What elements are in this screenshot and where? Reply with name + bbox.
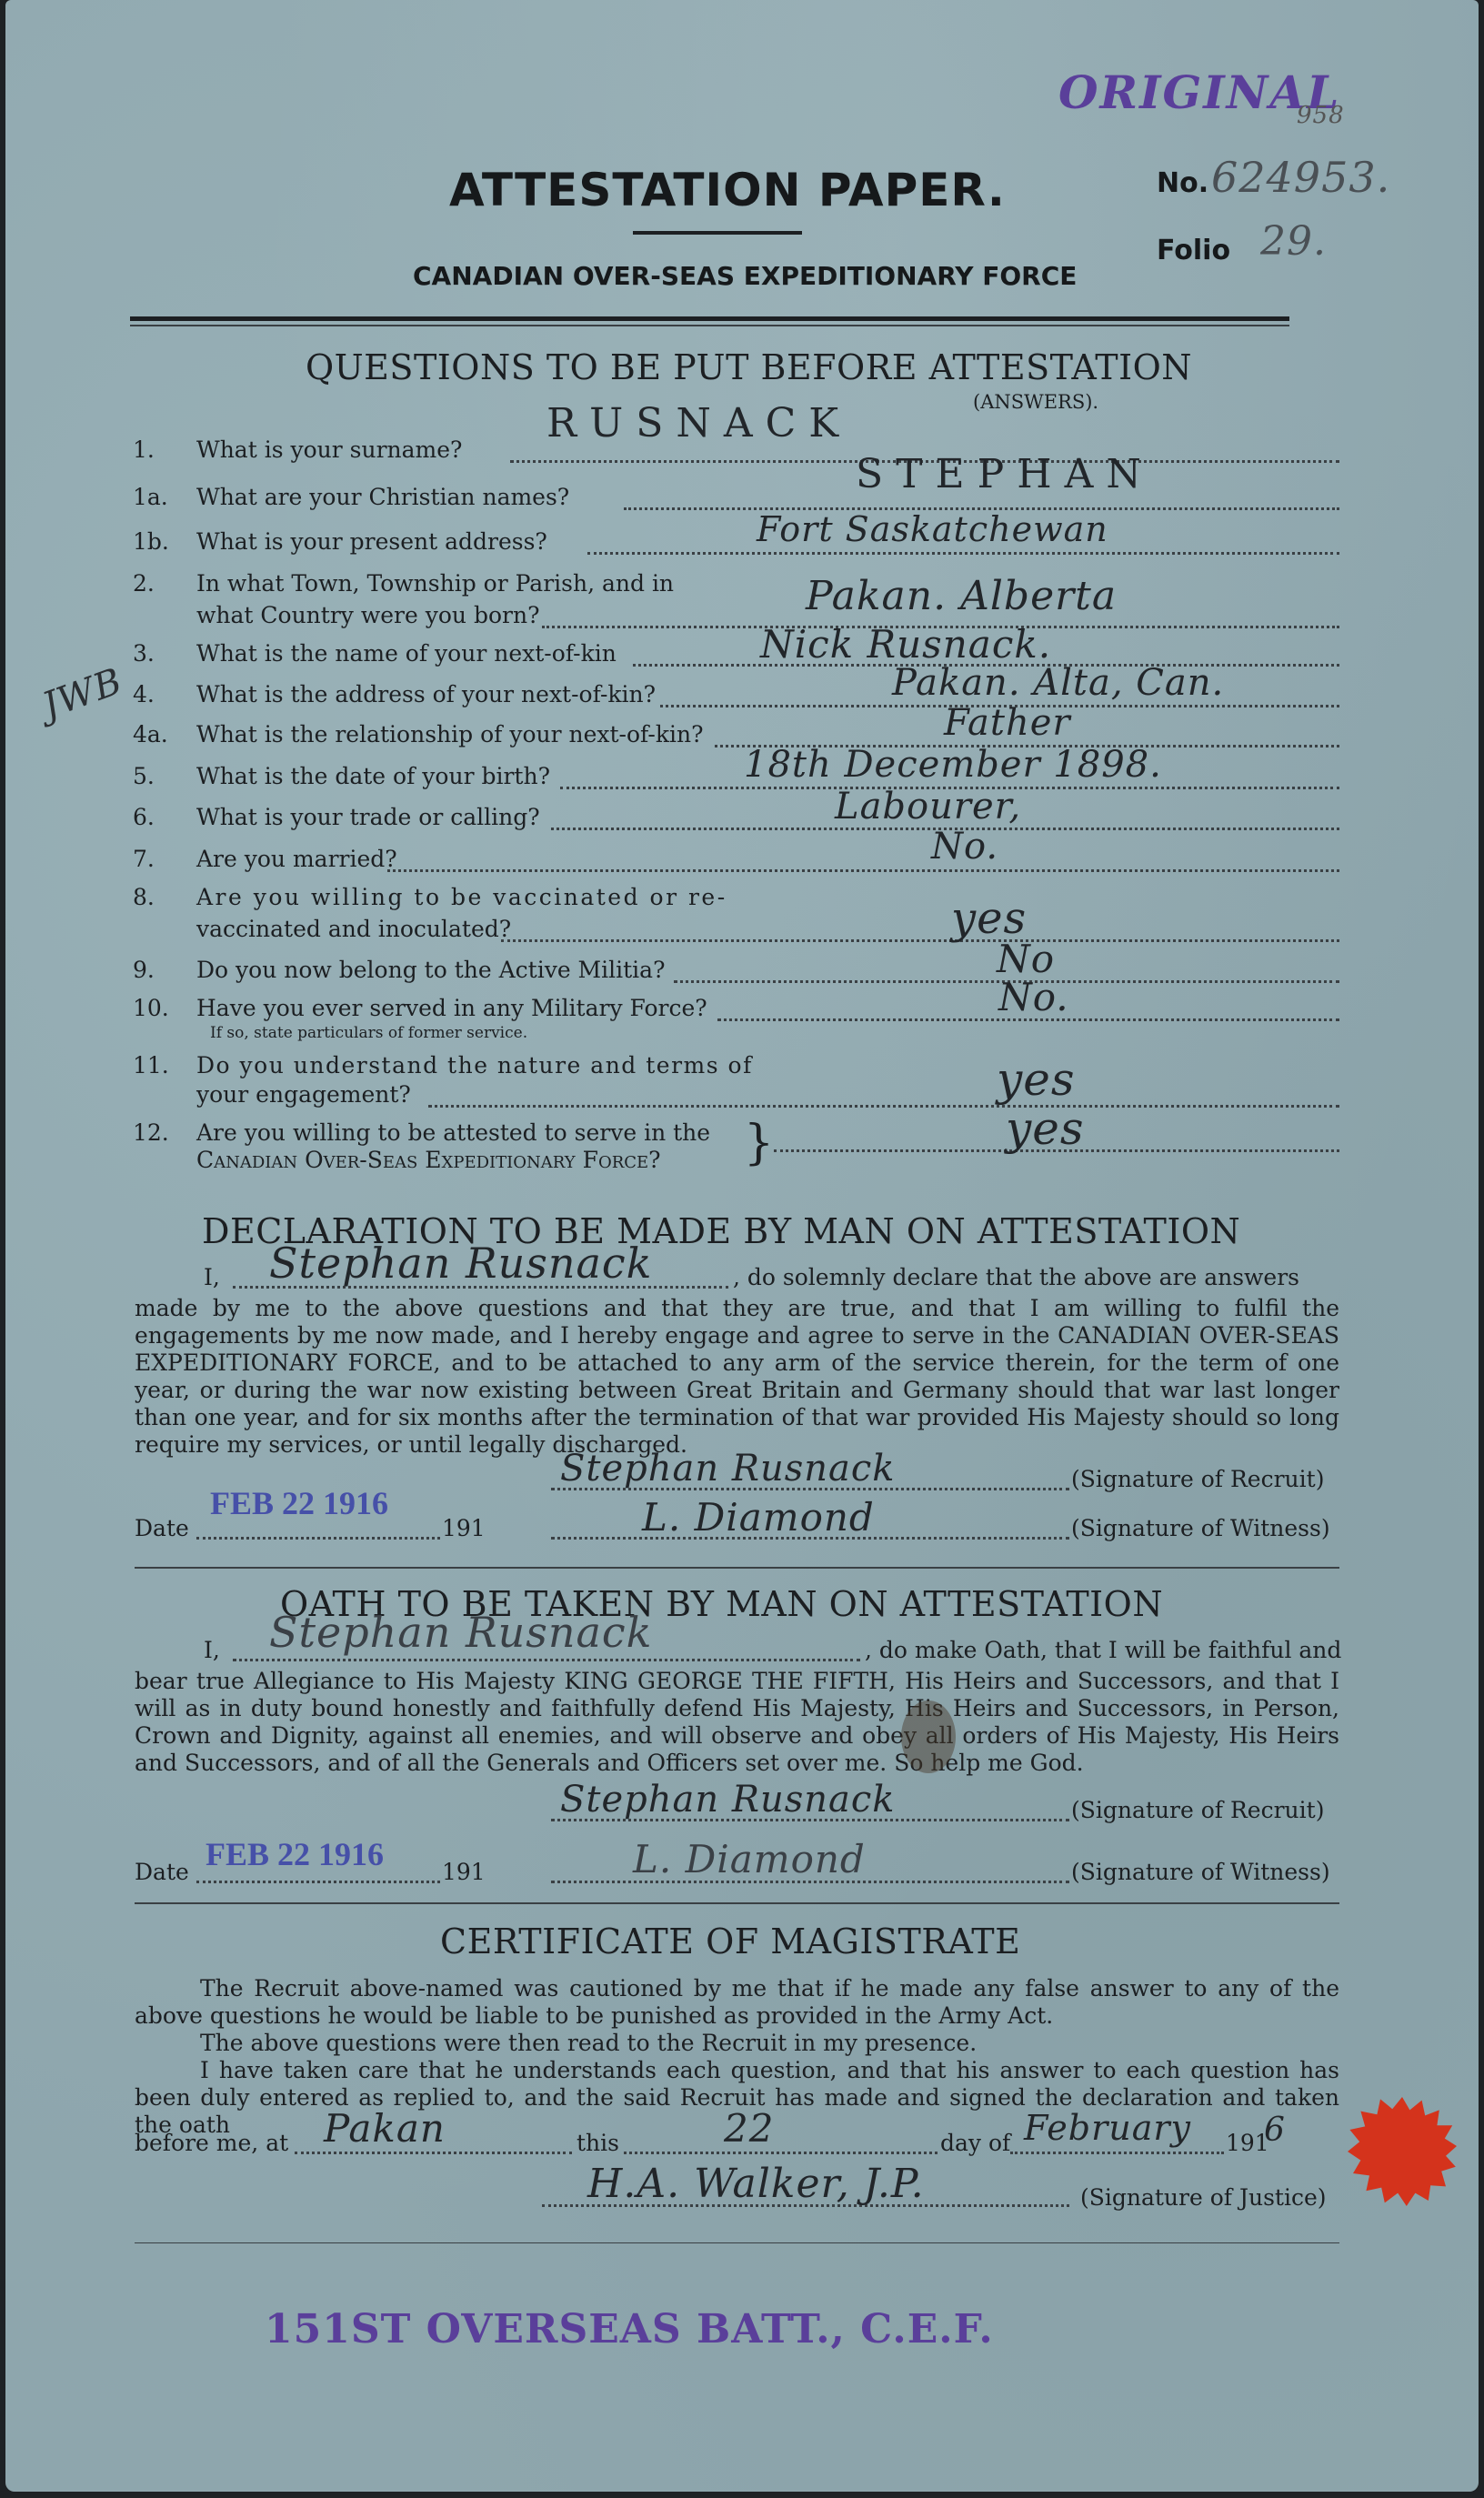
- question-text: What is your trade or calling?: [196, 804, 540, 830]
- question-number: 2.: [133, 570, 187, 597]
- answer-relationship[interactable]: Father: [944, 702, 1071, 744]
- answer-married[interactable]: No.: [931, 826, 998, 868]
- question-number: 11.: [133, 1052, 187, 1078]
- question-text-continued: what Country were you born?: [196, 602, 539, 628]
- question-text: What is the name of your next-of-kin: [196, 640, 617, 667]
- question-text-continued: vaccinated and inoculated?: [196, 916, 511, 942]
- declaration-date-stamp: FEB 22 1916: [210, 1484, 388, 1522]
- question-text: Have you ever served in any Military For…: [196, 995, 707, 1021]
- question-number: 9.: [133, 957, 187, 983]
- date-year-prefix: 191: [442, 1515, 486, 1541]
- question-note: If so, state particulars of former servi…: [210, 1024, 527, 1042]
- question-text: What is the address of your next-of-kin?: [196, 681, 656, 707]
- questions-heading: QUESTIONS TO BE PUT BEFORE ATTESTATION: [306, 347, 1192, 387]
- justice-signature-label: (Signature of Justice): [1080, 2184, 1327, 2211]
- question-number: 1b.: [133, 528, 187, 555]
- title-underline: [633, 231, 802, 235]
- year-prefix: 191: [1226, 2130, 1269, 2156]
- answer-surname[interactable]: RUSNACK: [546, 400, 851, 446]
- answer-present-address[interactable]: Fort Saskatchewan: [757, 509, 1108, 549]
- question-text: Are you willing to be attested to serve …: [196, 1119, 710, 1146]
- witness-signature-label: (Signature of Witness): [1071, 1859, 1330, 1885]
- answer-birthplace[interactable]: Pakan. Alberta: [806, 573, 1117, 619]
- original-stamp-note: 958: [1297, 102, 1345, 129]
- question-number: 4.: [133, 681, 187, 707]
- answer-next-of-kin-name[interactable]: Nick Rusnack.: [760, 622, 1051, 667]
- day-of-label: day of: [940, 2130, 1010, 2156]
- question-text: What is the date of your birth?: [196, 763, 550, 789]
- regimental-number: 624953.: [1211, 153, 1390, 202]
- section-divider: [135, 1567, 1339, 1569]
- answer-understand-engagement[interactable]: yes: [997, 1053, 1076, 1106]
- date-label: Date: [135, 1859, 189, 1885]
- answer-christian-names[interactable]: STEPHAN: [856, 451, 1154, 497]
- question-number: 4a.: [133, 721, 187, 747]
- declaration-body-first: , do solemnly declare that the above are…: [733, 1264, 1299, 1290]
- document-title: ATTESTATION PAPER.: [449, 164, 1006, 216]
- document-subtitle: CANADIAN OVER-SEAS EXPEDITIONARY FORCE: [413, 261, 1077, 291]
- certificate-day[interactable]: 22: [724, 2106, 774, 2151]
- question-text: Are you willing to be vaccinated or re-: [196, 884, 727, 910]
- question-number: 3.: [133, 640, 187, 667]
- question-number: 10.: [133, 995, 187, 1021]
- answer-next-of-kin-address[interactable]: Pakan. Alta, Can.: [892, 662, 1224, 704]
- certificate-paragraph-2: The above questions were then read to th…: [135, 2030, 1339, 2057]
- answer-line: [587, 552, 1339, 555]
- question-number: 8.: [133, 884, 187, 910]
- place-line: [295, 2152, 572, 2154]
- section-divider: [135, 1902, 1339, 1904]
- oath-prefix: I,: [204, 1637, 220, 1663]
- question-number: 1.: [133, 436, 187, 463]
- folio-label: Folio: [1157, 235, 1230, 266]
- battalion-stamp: 151ST OVERSEAS BATT., C.E.F.: [265, 2306, 994, 2353]
- month-line: [1010, 2152, 1224, 2154]
- answer-trade[interactable]: Labourer,: [835, 786, 1021, 828]
- day-line: [624, 2152, 938, 2154]
- witness-signature-label: (Signature of Witness): [1071, 1515, 1330, 1541]
- oath-body-first: , do make Oath, that I will be faithful …: [865, 1637, 1341, 1663]
- certificate-month[interactable]: February: [1024, 2108, 1191, 2148]
- question-text: What is your surname?: [196, 436, 462, 463]
- recruit-signature-label: (Signature of Recruit): [1071, 1797, 1324, 1823]
- header-rule: [130, 316, 1289, 321]
- header-rule-thin: [130, 325, 1289, 326]
- question-number: 6.: [133, 804, 187, 830]
- question-number: 7.: [133, 846, 187, 872]
- date-label: Date: [135, 1515, 189, 1541]
- oath-witness-signature[interactable]: L. Diamond: [633, 1837, 866, 1881]
- declaration-body: made by me to the above questions and th…: [135, 1295, 1339, 1459]
- magistrate-seal: [1348, 2097, 1457, 2206]
- recruit-signature-label: (Signature of Recruit): [1071, 1466, 1324, 1492]
- answer-willing-to-serve[interactable]: yes: [1006, 1102, 1085, 1155]
- justice-signature[interactable]: H.A. Walker, J.P.: [587, 2161, 925, 2207]
- oath-recruit-signature[interactable]: Stephan Rusnack: [560, 1779, 896, 1821]
- answer-line: [501, 939, 1339, 942]
- folio-number: 29.: [1260, 218, 1327, 265]
- question-number: 1a.: [133, 484, 187, 510]
- margin-initials: JWB: [37, 660, 128, 727]
- question-text: Do you now belong to the Active Militia?: [196, 957, 666, 983]
- date-line: [196, 1537, 440, 1540]
- oath-name-line: [233, 1659, 860, 1661]
- answer-military-service[interactable]: No.: [998, 975, 1069, 1019]
- date-line: [196, 1881, 440, 1883]
- question-text: Do you understand the nature and terms o…: [196, 1052, 753, 1078]
- question-text: What is your present address?: [196, 528, 547, 555]
- before-me-label: before me, at: [135, 2130, 288, 2156]
- oath-date-stamp: FEB 22 1916: [206, 1835, 384, 1873]
- oath-name[interactable]: Stephan Rusnack: [269, 1608, 653, 1657]
- declaration-name[interactable]: Stephan Rusnack: [269, 1239, 653, 1288]
- attestation-paper: ORIGINAL 958 ATTESTATION PAPER. CANADIAN…: [5, 0, 1479, 2492]
- answer-line: [387, 869, 1339, 872]
- certificate-paragraph-1: The Recruit above-named was cautioned by…: [135, 1975, 1339, 2030]
- declaration-recruit-signature[interactable]: Stephan Rusnack: [560, 1448, 896, 1490]
- year-suffix[interactable]: 6: [1264, 2112, 1286, 2149]
- question-text: What are your Christian names?: [196, 484, 569, 510]
- date-year-prefix: 191: [442, 1859, 486, 1885]
- question-number: 5.: [133, 763, 187, 789]
- this-label: this: [577, 2130, 619, 2156]
- declaration-witness-signature[interactable]: L. Diamond: [642, 1495, 875, 1540]
- question-number: 12.: [133, 1119, 187, 1146]
- ink-stain: [901, 1700, 956, 1773]
- answer-birth-date[interactable]: 18th December 1898.: [744, 744, 1162, 786]
- number-label: No.: [1157, 167, 1208, 199]
- section-divider: [135, 2242, 1339, 2243]
- declaration-prefix: I,: [204, 1264, 220, 1290]
- question-text-continued: Canadian Over-Seas Expeditionary Force?: [196, 1147, 661, 1173]
- certificate-heading: CERTIFICATE OF MAGISTRATE: [440, 1921, 1020, 1961]
- question-text: What is the relationship of your next-of…: [196, 721, 704, 747]
- answer-line: [428, 1105, 1339, 1108]
- certificate-place[interactable]: Pakan: [324, 2106, 446, 2151]
- question-text: Are you married?: [196, 846, 397, 872]
- question-text-continued: your engagement?: [196, 1081, 411, 1108]
- question-text: In what Town, Township or Parish, and in: [196, 570, 674, 597]
- answers-label: (ANSWERS).: [973, 391, 1098, 413]
- oath-body: bear true Allegiance to His Majesty KING…: [135, 1668, 1339, 1777]
- brace: }: [744, 1117, 774, 1169]
